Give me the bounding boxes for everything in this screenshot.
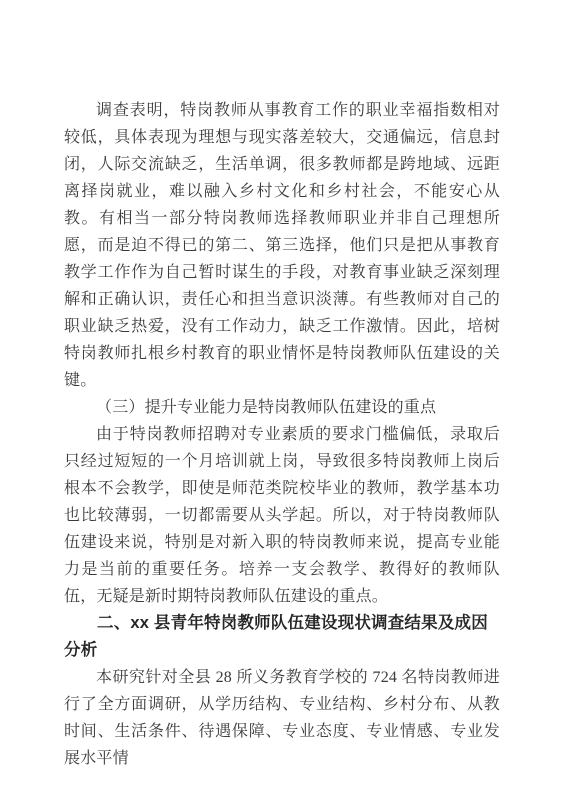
paragraph-professional-ability-importance: 由于特岗教师招聘对专业素质的要求门槛偏低，录取后只经过短短的一个月培训就上岗，导… (64, 421, 500, 610)
paragraph-research-scope: 本研究针对全县 28 所义务教育学校的 724 名特岗教师进行了全方面调研，从学… (64, 664, 500, 772)
document-text-block: 调查表明，特岗教师从事教育工作的职业幸福指数相对较低，具体表现为理想与现实落差较… (64, 97, 500, 772)
document-page: 调查表明，特岗教师从事教育工作的职业幸福指数相对较低，具体表现为理想与现实落差较… (0, 0, 570, 807)
heading-section-two-survey-results-analysis: 二、xx 县青年特岗教师队伍建设现状调查结果及成因分析 (64, 610, 500, 664)
paragraph-career-happiness-survey: 调查表明，特岗教师从事教育工作的职业幸福指数相对较低，具体表现为理想与现实落差较… (64, 97, 500, 394)
subheading-section-three-professional-ability: （三）提升专业能力是特岗教师队伍建设的重点 (64, 394, 500, 421)
